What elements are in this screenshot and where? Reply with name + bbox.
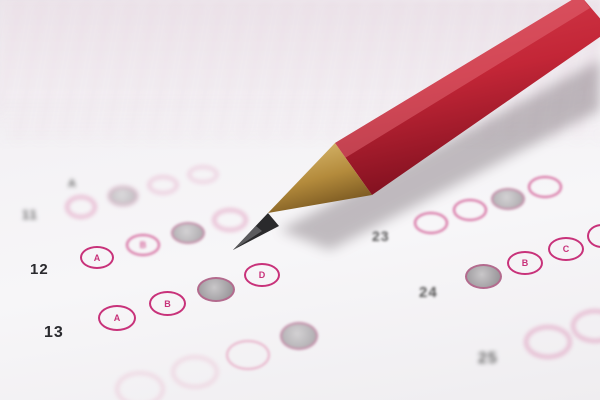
answer-sheet-photo: 11 A 12 A B D B A 13 23 24 B C 25 [0, 0, 600, 400]
pencil-icon [0, 0, 600, 400]
